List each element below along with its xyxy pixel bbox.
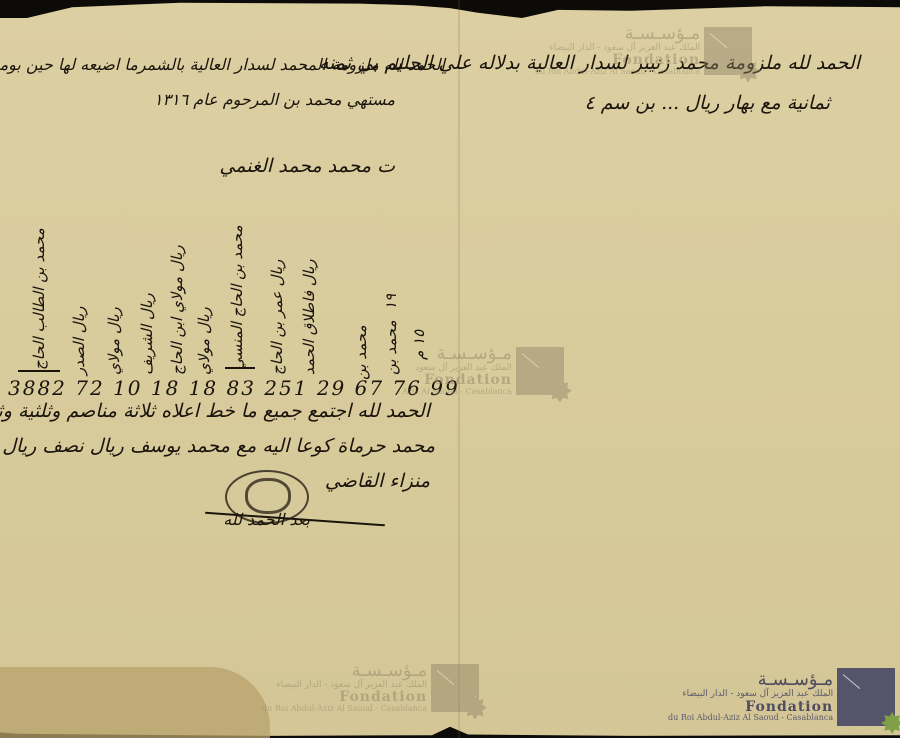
foundation-logo-icon xyxy=(837,668,895,726)
left-header-line-2: مستهي محمد بن المرحوم عام ١٣١٦ xyxy=(154,90,395,109)
water-stain xyxy=(0,667,270,738)
torn-top-edge xyxy=(0,0,900,18)
column-entry: ريال فاطلاق الحمد xyxy=(300,215,318,375)
manuscript-page: الحمد لله ملزومة محمد زنيبر لسدار العالي… xyxy=(0,0,900,738)
foundation-logo-icon xyxy=(431,664,479,712)
watermark-ar-title: مـؤسـسـة xyxy=(535,25,700,44)
watermark-fr-title: Fondation xyxy=(402,373,512,388)
column-entry: ريال الصدر xyxy=(70,270,88,375)
right-page-line-2: ثمانية مع بهار ريال ... بن سم ٤ xyxy=(584,92,830,114)
column-entry: ريال مولاي xyxy=(105,255,123,375)
watermark-fr-title: Fondation xyxy=(668,700,833,715)
watermark-fr-title: Fondation xyxy=(535,53,700,68)
column-entry: ريال مولاي ابن الحاج xyxy=(168,265,186,375)
column-underline xyxy=(225,367,255,369)
seal-stamp-inner xyxy=(245,478,291,514)
column-entry: محمد بن xyxy=(382,315,400,375)
watermark-fr-sub: du Roi Abdul-Aziz Al Saoud - Casablanca xyxy=(262,705,427,713)
numbers-row: 3882 72 10 18 18 83 251 29 67 76 99 xyxy=(8,376,460,400)
column-entry: ١٩ xyxy=(382,250,400,310)
column-entry: ريال مولاي xyxy=(195,280,213,375)
column-entry: ريال عمر بن الحاج xyxy=(268,245,286,375)
watermark-fr-sub: Aziz Al Saoud - Casablanca xyxy=(402,388,512,396)
watermark-fr-title: Fondation xyxy=(262,690,427,705)
watermark-center: مـؤسـسـة الملك عبد العزيز آل سعود Fondat… xyxy=(402,345,564,396)
column-entry: ريال الشريف xyxy=(138,260,156,375)
watermark-top: مـؤسـسـة الملك عبد العزيز آل سعود - الدا… xyxy=(535,25,752,76)
column-underline xyxy=(18,370,60,372)
watermark-bottom-right: مـؤسـسـة الملك عبد العزيز آل سعود - الدا… xyxy=(668,668,895,726)
watermark-ar-title: مـؤسـسـة xyxy=(262,662,427,681)
foundation-logo-icon xyxy=(704,27,752,75)
watermark-ar-title: مـؤسـسـة xyxy=(668,671,833,690)
watermark-fr-sub: du Roi Abdul-Aziz Al Saoud - Casablanca xyxy=(668,714,833,722)
column-entry: محمد بن xyxy=(352,310,370,380)
left-name-line: ت محمد محمد الغنمي xyxy=(219,155,395,177)
foundation-logo-icon xyxy=(516,347,564,395)
watermark-fr-sub: du Roi Abdul-Aziz Al Saoud - Casablanca xyxy=(535,68,700,76)
body-line-2: محمد حرماة كوعا اليه مع محمد يوسف ريال ن… xyxy=(0,435,435,457)
column-entry: محمد بن الطالب الحاج xyxy=(30,240,48,370)
left-header-line-1: الحمد لله ملزومة المحمد لسدار العالية با… xyxy=(0,55,445,74)
body-line-3: منزاء القاضي xyxy=(325,470,430,492)
column-entry: ١٥ م xyxy=(410,240,428,360)
watermark-bottom-center: مـؤسـسـة الملك عبد العزيز آل سعود - الدا… xyxy=(262,662,479,713)
column-entry: محمد بن الحاج المنسي xyxy=(228,240,246,370)
watermark-ar-title: مـؤسـسـة xyxy=(402,345,512,364)
body-line-1: الحمد لله اجتمع جميع ما خط اعلاه ثلاثة م… xyxy=(0,400,430,422)
